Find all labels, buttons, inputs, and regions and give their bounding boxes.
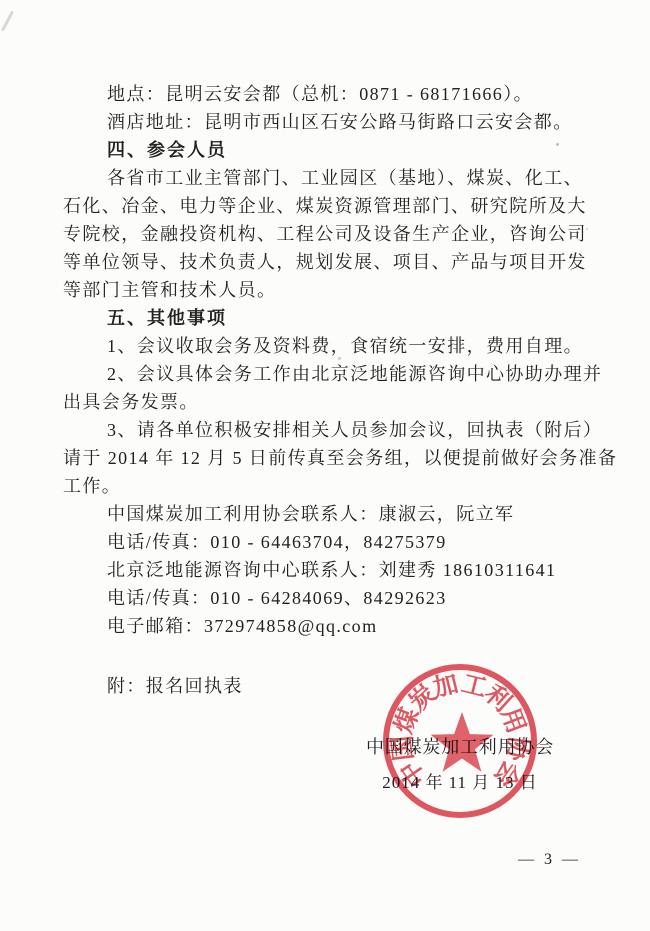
doc-line: 等部门主管和技术人员。 bbox=[63, 276, 590, 304]
doc-line-item-2: 2、会议具体会务工作由北京泛地能源咨询中心协助办理并 bbox=[63, 360, 590, 388]
doc-line: 出具会务发票。 bbox=[63, 388, 590, 416]
doc-line-phone-fax-1: 电话/传真：010 - 64463704，84275379 bbox=[63, 528, 590, 556]
doc-line: 请于 2014 年 12 月 5 日前传真至会务组，以便提前做好会务准备 bbox=[63, 444, 590, 472]
doc-line-hotel-address: 酒店地址：昆明市西山区石安公路马街路口云安会都。 bbox=[63, 108, 590, 136]
doc-line-contact-center: 北京泛地能源咨询中心联系人：刘建秀 18610311641 bbox=[63, 556, 590, 584]
document-page: 地点：昆明云安会都（总机：0871 - 68171666）。 酒店地址：昆明市西… bbox=[0, 0, 650, 931]
official-seal: 中 国 煤 炭 加 工 利 用 协 会 bbox=[383, 664, 537, 818]
doc-line: 石化、冶金、电力等企业、煤炭资源管理部门、研究院所及大 bbox=[63, 192, 590, 220]
doc-line: 专院校，金融投资机构、工程公司及设备生产企业，咨询公司 bbox=[63, 220, 590, 248]
doc-line: 等单位领导、技术负责人，规划发展、项目、产品与项目开发 bbox=[63, 248, 590, 276]
section-heading-participants: 四、参会人员 bbox=[63, 136, 590, 164]
doc-line-phone-fax-2: 电话/传真：010 - 64284069、84292623 bbox=[63, 584, 590, 612]
document-body: 地点：昆明云安会都（总机：0871 - 68171666）。 酒店地址：昆明市西… bbox=[63, 80, 590, 700]
doc-line-contact-association: 中国煤炭加工利用协会联系人：康淑云，阮立军 bbox=[63, 500, 590, 528]
section-heading-other-matters: 五、其他事项 bbox=[63, 304, 590, 332]
doc-line: 各省市工业主管部门、工业园区（基地）、煤炭、化工、 bbox=[63, 164, 590, 192]
page-number: — 3 — bbox=[518, 851, 581, 869]
doc-line-item-1: 1、会议收取会务及资料费，食宿统一安排，费用自理。 bbox=[63, 332, 590, 360]
doc-line-email: 电子邮箱：372974858@qq.com bbox=[63, 612, 590, 640]
doc-line-item-3: 3、请各单位积极安排相关人员参加会议，回执表（附后） bbox=[63, 416, 590, 444]
doc-line: 工作。 bbox=[63, 472, 590, 500]
doc-line-location: 地点：昆明云安会都（总机：0871 - 68171666）。 bbox=[63, 80, 590, 108]
seal-arc-char: 国 bbox=[390, 734, 419, 763]
scan-smudge bbox=[1, 11, 14, 32]
